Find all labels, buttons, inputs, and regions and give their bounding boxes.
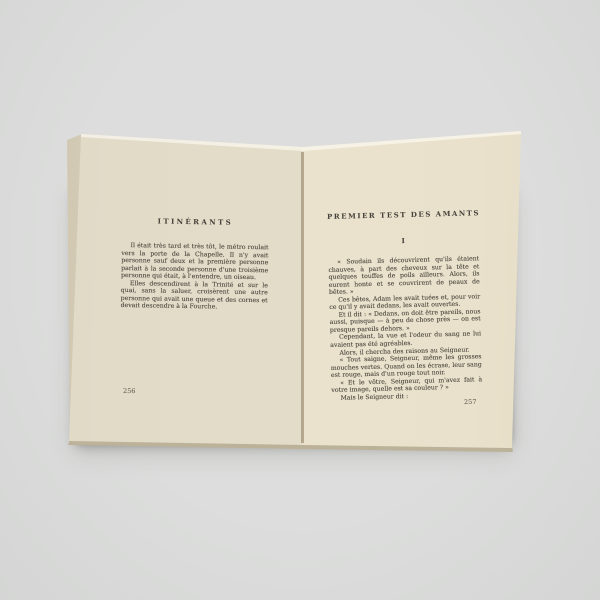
paragraph: « Soudain ils découvrirent qu'ils étaien… (328, 255, 480, 296)
left-page-content: ITINÉRANTS Il était très tard et très tô… (121, 216, 269, 312)
left-page-number: 256 (123, 387, 136, 395)
right-page-content: PREMIER TEST DES AMANTS I « Soudain ils … (327, 208, 483, 402)
left-page-body: Il était très tard et très tôt, le métro… (121, 242, 269, 312)
photo-backdrop: ITINÉRANTS Il était très tard et très tô… (0, 0, 600, 600)
left-page-header: ITINÉRANTS (122, 216, 269, 227)
paragraph: Il était très tard et très tôt, le métro… (121, 242, 269, 282)
right-page-body: « Soudain ils découvrirent qu'ils étaien… (328, 255, 482, 402)
section-number: I (328, 234, 479, 247)
paragraph: Elles descendirent à la Trinité et sur l… (121, 280, 268, 312)
right-page-number: 257 (464, 398, 477, 406)
